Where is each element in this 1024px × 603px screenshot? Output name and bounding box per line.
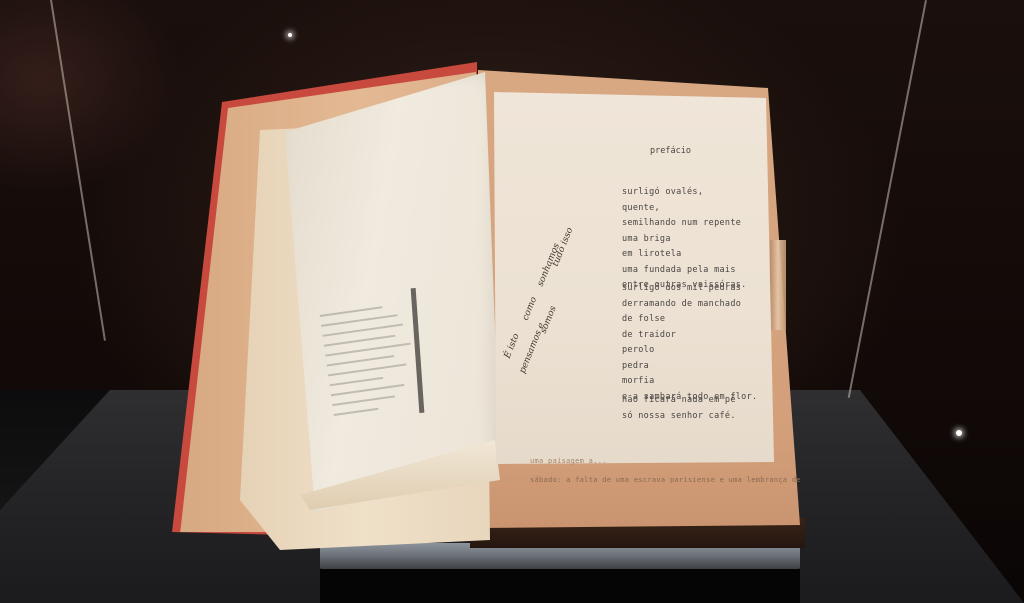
board-typed-text-upper: uma paisagem a... (530, 457, 607, 465)
typed-line: em lirotela (622, 247, 747, 263)
light-reflection (956, 430, 962, 436)
typed-line: não ficará nada em pé (622, 393, 736, 409)
stanza-2: surligó dos mil pedras derramando de man… (622, 281, 757, 405)
stanza-1: surligó ovalés, quente, semilhando num r… (622, 185, 747, 294)
board-typed-text: sábado: a falta de uma escrava parisiens… (530, 476, 801, 484)
typed-line: derramando de manchado (622, 297, 757, 313)
typed-line: perolo (622, 343, 757, 359)
page-title: prefácio (650, 146, 691, 156)
typed-line: morfia (622, 374, 757, 390)
typed-line: só nossa senhor café. (622, 409, 736, 425)
tape-strip (770, 240, 786, 330)
typed-line: surligó dos mil pedras (622, 281, 757, 297)
typed-line: surligó ovalés, (622, 185, 747, 201)
museum-display-photo: prefácio surligó ovalés, quente, semilha… (0, 0, 1024, 603)
typed-line: de traidor (622, 328, 757, 344)
typed-line: quente, (622, 201, 747, 217)
typed-line: pedra (622, 359, 757, 375)
book-stand-shadow (320, 569, 800, 603)
typed-line: semilhando num repente (622, 216, 747, 232)
typed-line: uma fundada pela mais (622, 263, 747, 279)
typed-line: de folse (622, 312, 757, 328)
typed-line: uma briga (622, 232, 747, 248)
light-reflection (288, 33, 292, 37)
stanza-3: não ficará nada em pé só nossa senhor ca… (622, 393, 736, 424)
